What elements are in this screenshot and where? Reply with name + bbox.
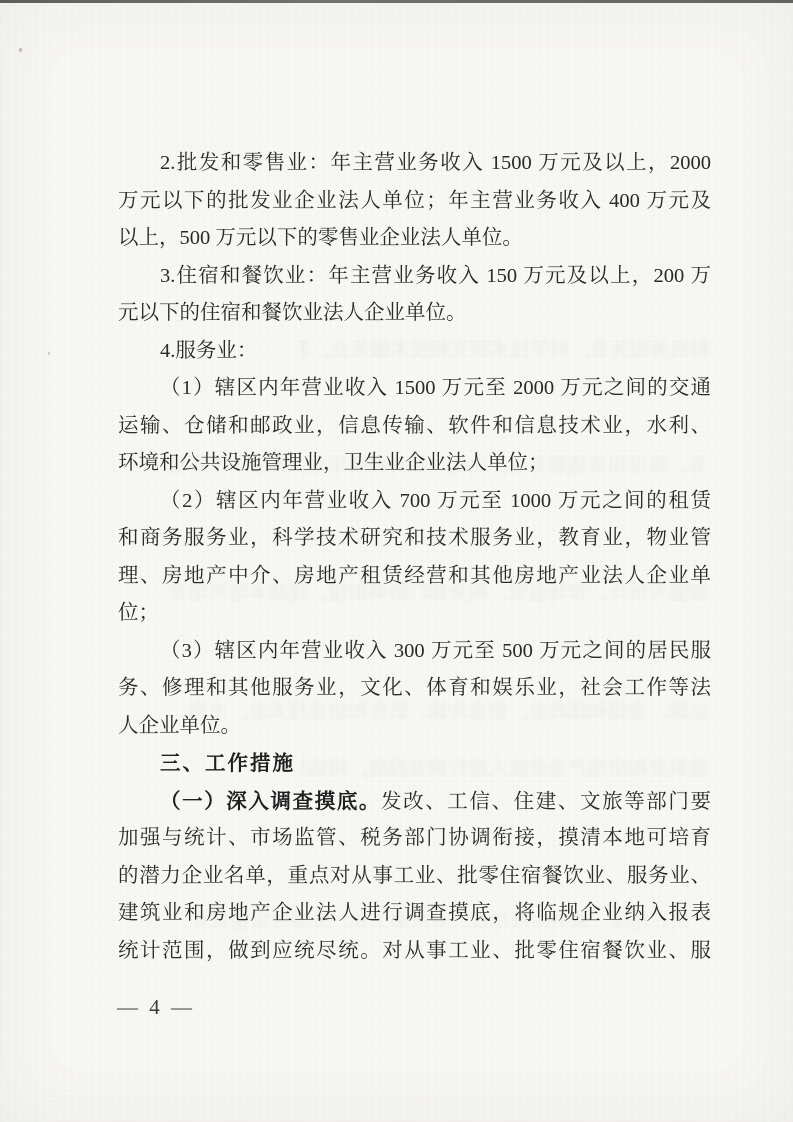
scan-speck xyxy=(19,48,22,52)
body-line: 4.服务业： xyxy=(118,333,711,371)
body-line: 3.住宿和餐饮业：年主营业务收入 150 万元及以上，200 万 xyxy=(118,258,711,296)
body-line: 务、修理和其他服务业，文化、体育和娱乐业，社会工作等法 xyxy=(118,670,711,708)
body-line: 位； xyxy=(118,595,711,633)
body-line: 2.批发和零售业：年主营业务收入 1500 万元及以上，2000 xyxy=(118,145,711,183)
body-line: 建筑业和房地产企业法人进行调查摸底，将临规企业纳入报表 xyxy=(118,895,711,933)
bold-lead-text: （一）深入调查摸底。 xyxy=(160,790,381,813)
body-line: 理、房地产中介、房地产租赁经营和其他房地产业法人企业单 xyxy=(118,558,711,596)
scan-edge-artifact xyxy=(0,0,793,3)
body-line: 和商务服务业，科学技术研究和技术服务业，教育业，物业管 xyxy=(118,520,711,558)
body-line: 统计范围，做到应统尽统。对从事工业、批零住宿餐饮业、服 xyxy=(118,933,711,971)
body-line: 环境和公共设施管理业，卫生业企业法人单位； xyxy=(118,445,711,483)
scanned-document-page: 和商务服务业，科学技术研究和技术服务业，教育业，物业管 务、修理和其他服务业，文… xyxy=(0,0,793,1122)
body-line: （1）辖区内年营业收入 1500 万元至 2000 万元之间的交通 xyxy=(118,370,711,408)
body-line: 以上，500 万元以下的零售业企业法人单位。 xyxy=(118,220,711,258)
body-line: 元以下的住宿和餐饮业法人企业单位。 xyxy=(118,295,711,333)
body-line-text: 发改、工信、住建、文旅等部门要 xyxy=(381,791,711,813)
body-line: （一）深入调查摸底。发改、工信、住建、文旅等部门要 xyxy=(118,783,711,821)
scan-speck xyxy=(48,352,50,355)
body-line: （3）辖区内年营业收入 300 万元至 500 万元之间的居民服 xyxy=(118,633,711,671)
section-heading: 三、工作措施 xyxy=(118,745,711,783)
body-line: 的潜力企业名单，重点对从事工业、批零住宿餐饮业、服务业、 xyxy=(118,858,711,896)
document-body: 2.批发和零售业：年主营业务收入 1500 万元及以上，2000 万元以下的批发… xyxy=(118,145,711,970)
body-line: 加强与统计、市场监管、税务部门协调衔接，摸清本地可培育 xyxy=(118,820,711,858)
body-line: 运输、仓储和邮政业，信息传输、软件和信息技术业，水利、 xyxy=(118,408,711,446)
page-number: — 4 — xyxy=(117,995,195,1020)
body-line: 万元以下的批发业企业法人单位；年主营业务收入 400 万元及 xyxy=(118,183,711,221)
body-line: （2）辖区内年营业收入 700 万元至 1000 万元之间的租赁 xyxy=(118,483,711,521)
body-line: 人企业单位。 xyxy=(118,708,711,746)
